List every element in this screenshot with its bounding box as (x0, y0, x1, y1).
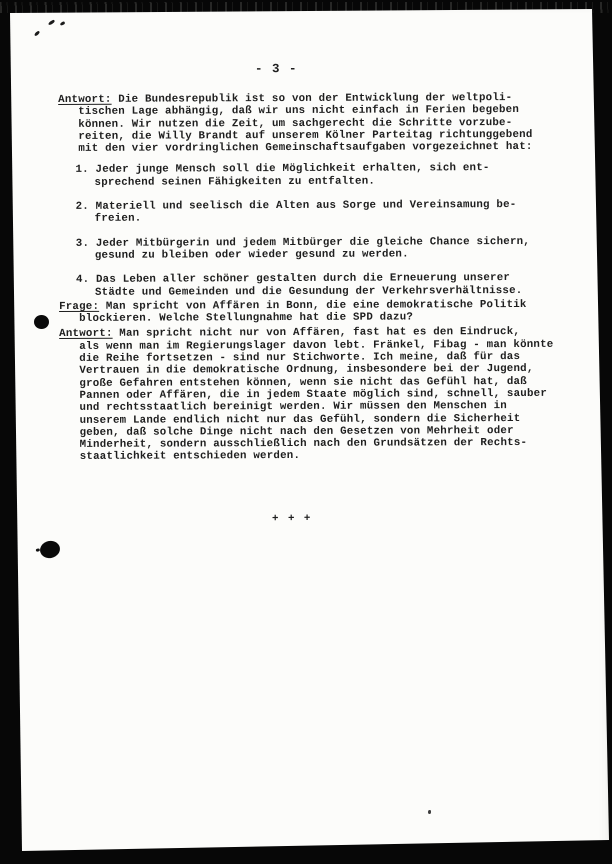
page-content: - 3 - Antwort: Die Bundesrepublik ist so… (58, 62, 576, 526)
page-number: - 3 - (255, 62, 574, 76)
ink-speck (34, 30, 41, 36)
list-item-text: Das Leben aller schöner gestalten durch … (89, 272, 522, 298)
list-item-number: 4. (76, 274, 89, 286)
list-item-text: Jeder junge Mensch soll die Möglichkeit … (89, 163, 490, 189)
list-item-text: Materiell und seelisch die Alten aus Sor… (89, 199, 517, 225)
hole-punch-mark (38, 539, 61, 560)
question-text: Man spricht von Affären in Bonn, die ein… (79, 299, 527, 325)
ink-speck (60, 21, 66, 26)
answer-paragraph-1: Antwort: Die Bundesrepublik ist so von d… (58, 92, 574, 156)
list-item-4: 4. Das Leben aller schöner gestalten dur… (76, 272, 575, 299)
list-item-number: 3. (76, 238, 89, 250)
list-item-number: 2. (76, 201, 89, 213)
answer-text: Die Bundesrepublik ist so von der Entwic… (78, 92, 532, 155)
scan-frame: - 3 - Antwort: Die Bundesrepublik ist so… (0, 0, 612, 864)
list-item-text: Jeder Mitbürgerin und jedem Mitbürger di… (89, 236, 530, 262)
document-page: - 3 - Antwort: Die Bundesrepublik ist so… (0, 0, 612, 864)
list-item-3: 3. Jeder Mitbürgerin und jedem Mitbürger… (76, 235, 575, 262)
list-item-1: 1. Jeder junge Mensch soll die Möglichke… (75, 162, 574, 189)
answer-text: Man spricht nicht nur von Affären, fast … (79, 326, 553, 463)
question-label: Frage: (59, 301, 99, 313)
answer-label: Antwort: (59, 328, 112, 340)
list-item-number: 1. (75, 164, 88, 176)
list-item-2: 2. Materiell und seelisch die Alten aus … (76, 199, 575, 226)
numbered-list: 1. Jeder junge Mensch soll die Möglichke… (58, 162, 575, 299)
hole-punch-mark (34, 315, 49, 329)
answer-label: Antwort: (58, 94, 111, 106)
end-mark: + + + (272, 511, 576, 525)
question-paragraph: Frage: Man spricht von Affären in Bonn, … (59, 299, 575, 326)
ink-speck (428, 810, 431, 814)
answer-paragraph-2: Antwort: Man spricht nicht nur von Affär… (59, 326, 576, 464)
ink-speck (48, 19, 56, 25)
